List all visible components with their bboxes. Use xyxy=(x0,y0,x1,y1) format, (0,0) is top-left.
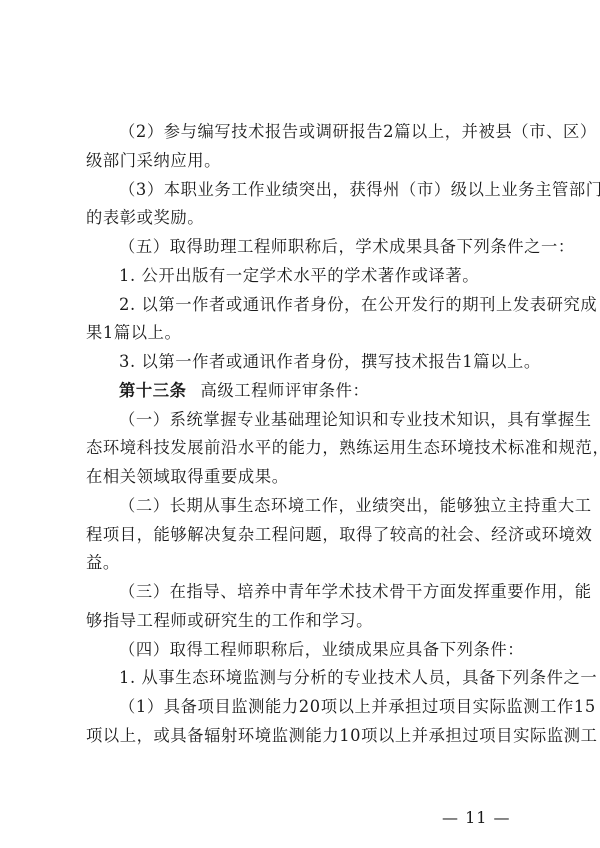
paragraph-line: 的表彰或奖励。 xyxy=(86,204,522,233)
paragraph-line: 益。 xyxy=(86,549,522,578)
paragraph-line: （四）取得工程师职称后，业绩成果应具备下列条件： xyxy=(86,636,522,665)
section-heading-five: （五）取得助理工程师职称后，学术成果具备下列条件之一： xyxy=(86,233,522,262)
document-body: （2）参与编写技术报告或调研报告2篇以上，并被县（市、区） 级部门采纳应用。 （… xyxy=(86,118,522,751)
paragraph-line: （1）具备项目监测能力20项以上并承担过项目实际监测工作15 xyxy=(86,693,522,722)
paragraph-line: （2）参与编写技术报告或调研报告2篇以上，并被县（市、区） xyxy=(86,118,522,147)
paragraph-line: 级部门采纳应用。 xyxy=(86,147,522,176)
list-item: 1. 从事生态环境监测与分析的专业技术人员，具备下列条件之一： xyxy=(86,664,522,693)
paragraph-line: 项以上，或具备辐射环境监测能力10项以上并承担过项目实际监测工 xyxy=(86,722,522,751)
article-heading: 第十三条高级工程师评审条件： xyxy=(86,377,522,406)
article-title: 高级工程师评审条件： xyxy=(201,381,370,400)
paragraph-line: （3）本职业务工作业绩突出，获得州（市）级以上业务主管部门 xyxy=(86,176,522,205)
paragraph-line: 程项目，能够解决复杂工程问题，取得了较高的社会、经济或环境效 xyxy=(86,521,522,550)
paragraph-line: （一）系统掌握专业基础理论知识和专业技术知识，具有掌握生 xyxy=(86,406,522,435)
paragraph-line: （二）长期从事生态环境工作，业绩突出，能够独立主持重大工 xyxy=(86,492,522,521)
paragraph-line: 够指导工程师或研究生的工作和学习。 xyxy=(86,607,522,636)
page-number: — 11 — xyxy=(442,808,511,827)
paragraph-line: 果1篇以上。 xyxy=(86,319,522,348)
list-item: 1. 公开出版有一定学术水平的学术著作或译著。 xyxy=(86,262,522,291)
list-item: 2. 以第一作者或通讯作者身份，在公开发行的期刊上发表研究成 xyxy=(86,291,522,320)
paragraph-line: 在相关领域取得重要成果。 xyxy=(86,463,522,492)
paragraph-line: 态环境科技发展前沿水平的能力，熟练运用生态环境技术标准和规范， xyxy=(86,434,522,463)
article-number: 第十三条 xyxy=(119,381,187,400)
list-item: 3. 以第一作者或通讯作者身份，撰写技术报告1篇以上。 xyxy=(86,348,522,377)
paragraph-line: （三）在指导、培养中青年学术技术骨干方面发挥重要作用，能 xyxy=(86,578,522,607)
